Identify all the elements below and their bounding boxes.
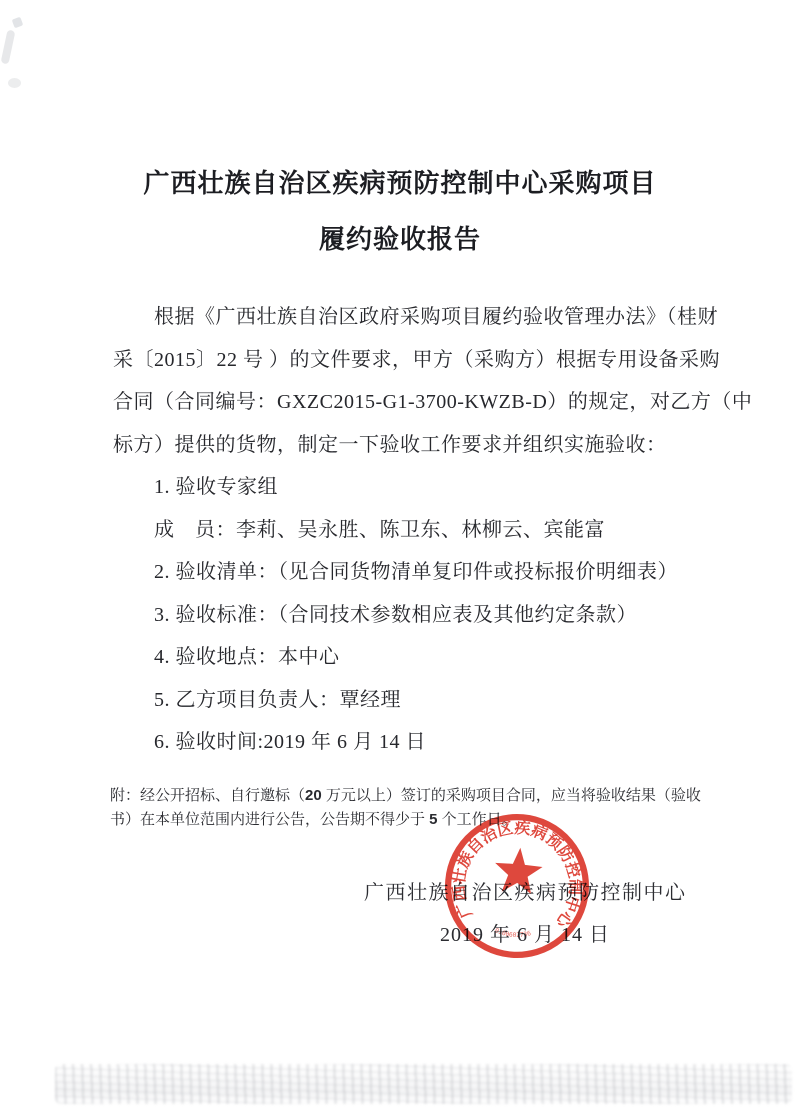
note-text: 个工作日。 [438,811,517,828]
signature-date: 2019 年 6 月 14 日 [440,918,610,947]
paragraph-line: 合同（合同编号：GXZC2015-G1-3700-KWZB-D）的规定，对乙方（… [113,381,717,424]
list-item-party-b-manager: 5. 乙方项目负责人：覃经理 [113,679,717,722]
appendix-note: 附：经公开招标、自行邀标（20 万元以上）签订的采购项目合同，应当将验收结果（验… [110,784,730,832]
paragraph-line: 标方）提供的货物，制定一下验收工作要求并组织实施验收： [113,424,717,467]
paragraph-line: 采〔2015〕22 号 ）的文件要求，甲方（采购方）根据专用设备采购 [113,339,717,382]
scan-artifact [12,17,24,29]
list-item-acceptance-place: 4. 验收地点：本中心 [113,636,717,679]
report-body: 根据《广西壮族自治区政府采购项目履约验收管理办法》（桂财 采〔2015〕22 号… [113,296,717,764]
note-number: 20 [305,787,322,804]
list-item-members: 成 员：李莉、吴永胜、陈卫东、林柳云、宾能富 [113,509,717,552]
report-title-line1: 广西壮族自治区疾病预防控制中心采购项目 [0,156,800,212]
list-item-acceptance-standard: 3. 验收标准：（合同技术参数相应表及其他约定条款） [113,594,717,637]
paragraph-line: 根据《广西壮族自治区政府采购项目履约验收管理办法》（桂财 [113,296,717,339]
list-item-acceptance-date: 6. 验收时间:2019 年 6 月 14 日 [113,721,717,764]
scan-artifact [1,30,16,65]
note-text: 附：经公开招标、自行邀标（ [110,787,305,804]
note-text: 书）在本单位范围内进行公告，公告期不得少于 [110,811,429,828]
report-title-line2: 履约验收报告 [0,212,800,268]
scan-noise [55,1064,792,1104]
report-title: 广西壮族自治区疾病预防控制中心采购项目 履约验收报告 [0,156,800,268]
scan-artifact [8,78,21,88]
note-text: 万元以上）签订的采购项目合同，应当将验收结果（验收 [322,787,701,804]
list-item-acceptance-team: 1. 验收专家组 [113,466,717,509]
signature-organization: 广西壮族自治区疾病预防控制中心 [364,876,687,905]
document-page: 广西壮族自治区疾病预防控制中心采购项目 履约验收报告 根据《广西壮族自治区政府采… [0,0,800,1114]
list-item-acceptance-list: 2. 验收清单：（见合同货物清单复印件或投标报价明细表） [113,551,717,594]
note-line-1: 附：经公开招标、自行邀标（20 万元以上）签订的采购项目合同，应当将验收结果（验… [110,784,730,808]
note-line-2: 书）在本单位范围内进行公告，公告期不得少于 5 个工作日。 [110,808,730,832]
note-number: 5 [429,811,437,828]
